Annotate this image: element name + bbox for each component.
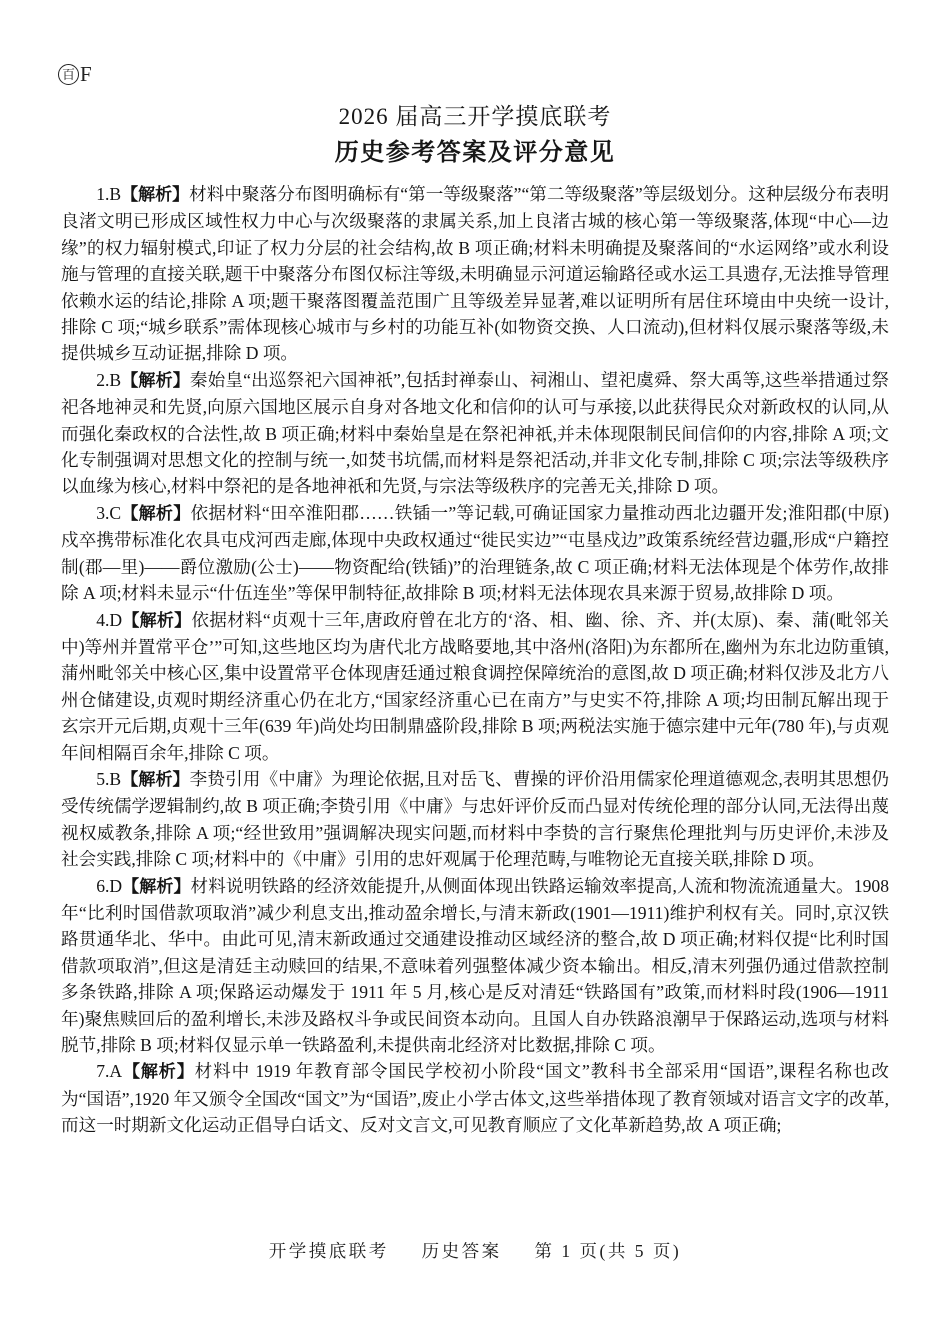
answer-paragraph-6: 6.D【解析】材料说明铁路的经济效能提升,从侧面体现出铁路运输效率提高,人流和物… [61, 873, 889, 1059]
answer-label: 2.B [96, 370, 121, 390]
publisher-logo: 百 F [58, 62, 92, 87]
answer-key-subtitle: 历史参考答案及评分意见 [61, 136, 889, 168]
answer-label: 3.C [96, 503, 121, 523]
document-content: 2026 届高三开学摸底联考 历史参考答案及评分意见 1.B【解析】材料中聚落分… [61, 102, 889, 1139]
answer-paragraph-4: 4.D【解析】依据材料“贞观十三年,唐政府曾在北方的‘洛、相、幽、徐、齐、并(太… [61, 607, 889, 766]
answer-paragraph-3: 3.C【解析】依据材料“田卒淮阳郡……铁锸一”等记载,可确证国家力量推动西北边疆… [61, 500, 889, 607]
answer-label: 4.D [96, 610, 122, 630]
footer-subject: 历史答案 [422, 1241, 502, 1261]
logo-circled-char-icon: 百 [58, 64, 79, 85]
footer-page-number: 第 1 页(共 5 页) [535, 1241, 682, 1261]
document-page: 百 F 2026 届高三开学摸底联考 历史参考答案及评分意见 1.B【解析】材料… [0, 0, 950, 1324]
answer-label: 5.B [96, 769, 121, 789]
answer-label: 6.D [96, 876, 122, 896]
analysis-tag: 【解析】 [121, 504, 190, 524]
answer-paragraph-7: 7.A【解析】材料中 1919 年教育部令国民学校初小阶段“国文”教科书全部采用… [61, 1058, 889, 1138]
footer-exam-name: 开学摸底联考 [269, 1241, 389, 1261]
logo-suffix: F [80, 62, 92, 87]
exam-title: 2026 届高三开学摸底联考 [61, 102, 889, 132]
page-footer: 开学摸底联考 历史答案 第 1 页(共 5 页) [0, 1238, 950, 1263]
analysis-tag: 【解析】 [121, 185, 189, 205]
analysis-text: 依据材料“贞观十三年,唐政府曾在北方的‘洛、相、幽、徐、齐、并(太原)、秦、蒲(… [61, 610, 889, 763]
analysis-text: 材料说明铁路的经济效能提升,从侧面体现出铁路运输效率提高,人流和物流流通量大。1… [61, 876, 889, 1055]
answers-section: 1.B【解析】材料中聚落分布图明确标有“第一等级聚落”“第二等级聚落”等层级划分… [61, 181, 889, 1139]
answer-paragraph-1: 1.B【解析】材料中聚落分布图明确标有“第一等级聚落”“第二等级聚落”等层级划分… [61, 181, 889, 367]
analysis-tag: 【解析】 [122, 611, 191, 631]
answer-paragraph-5: 5.B【解析】李贽引用《中庸》为理论依据,且对岳飞、曹操的评价沿用儒家伦理道德观… [61, 766, 889, 873]
analysis-tag: 【解析】 [121, 371, 190, 391]
analysis-tag: 【解析】 [122, 1062, 195, 1082]
answer-paragraph-2: 2.B【解析】秦始皇“出巡祭祀六国神祇”,包括封禅泰山、祠湘山、望祀虞舜、祭大禹… [61, 367, 889, 500]
answer-label: 1.B [96, 184, 121, 204]
analysis-tag: 【解析】 [121, 770, 190, 790]
analysis-text: 材料中聚落分布图明确标有“第一等级聚落”“第二等级聚落”等层级划分。这种层级分布… [61, 184, 889, 363]
analysis-tag: 【解析】 [122, 877, 190, 897]
answer-label: 7.A [96, 1061, 122, 1081]
